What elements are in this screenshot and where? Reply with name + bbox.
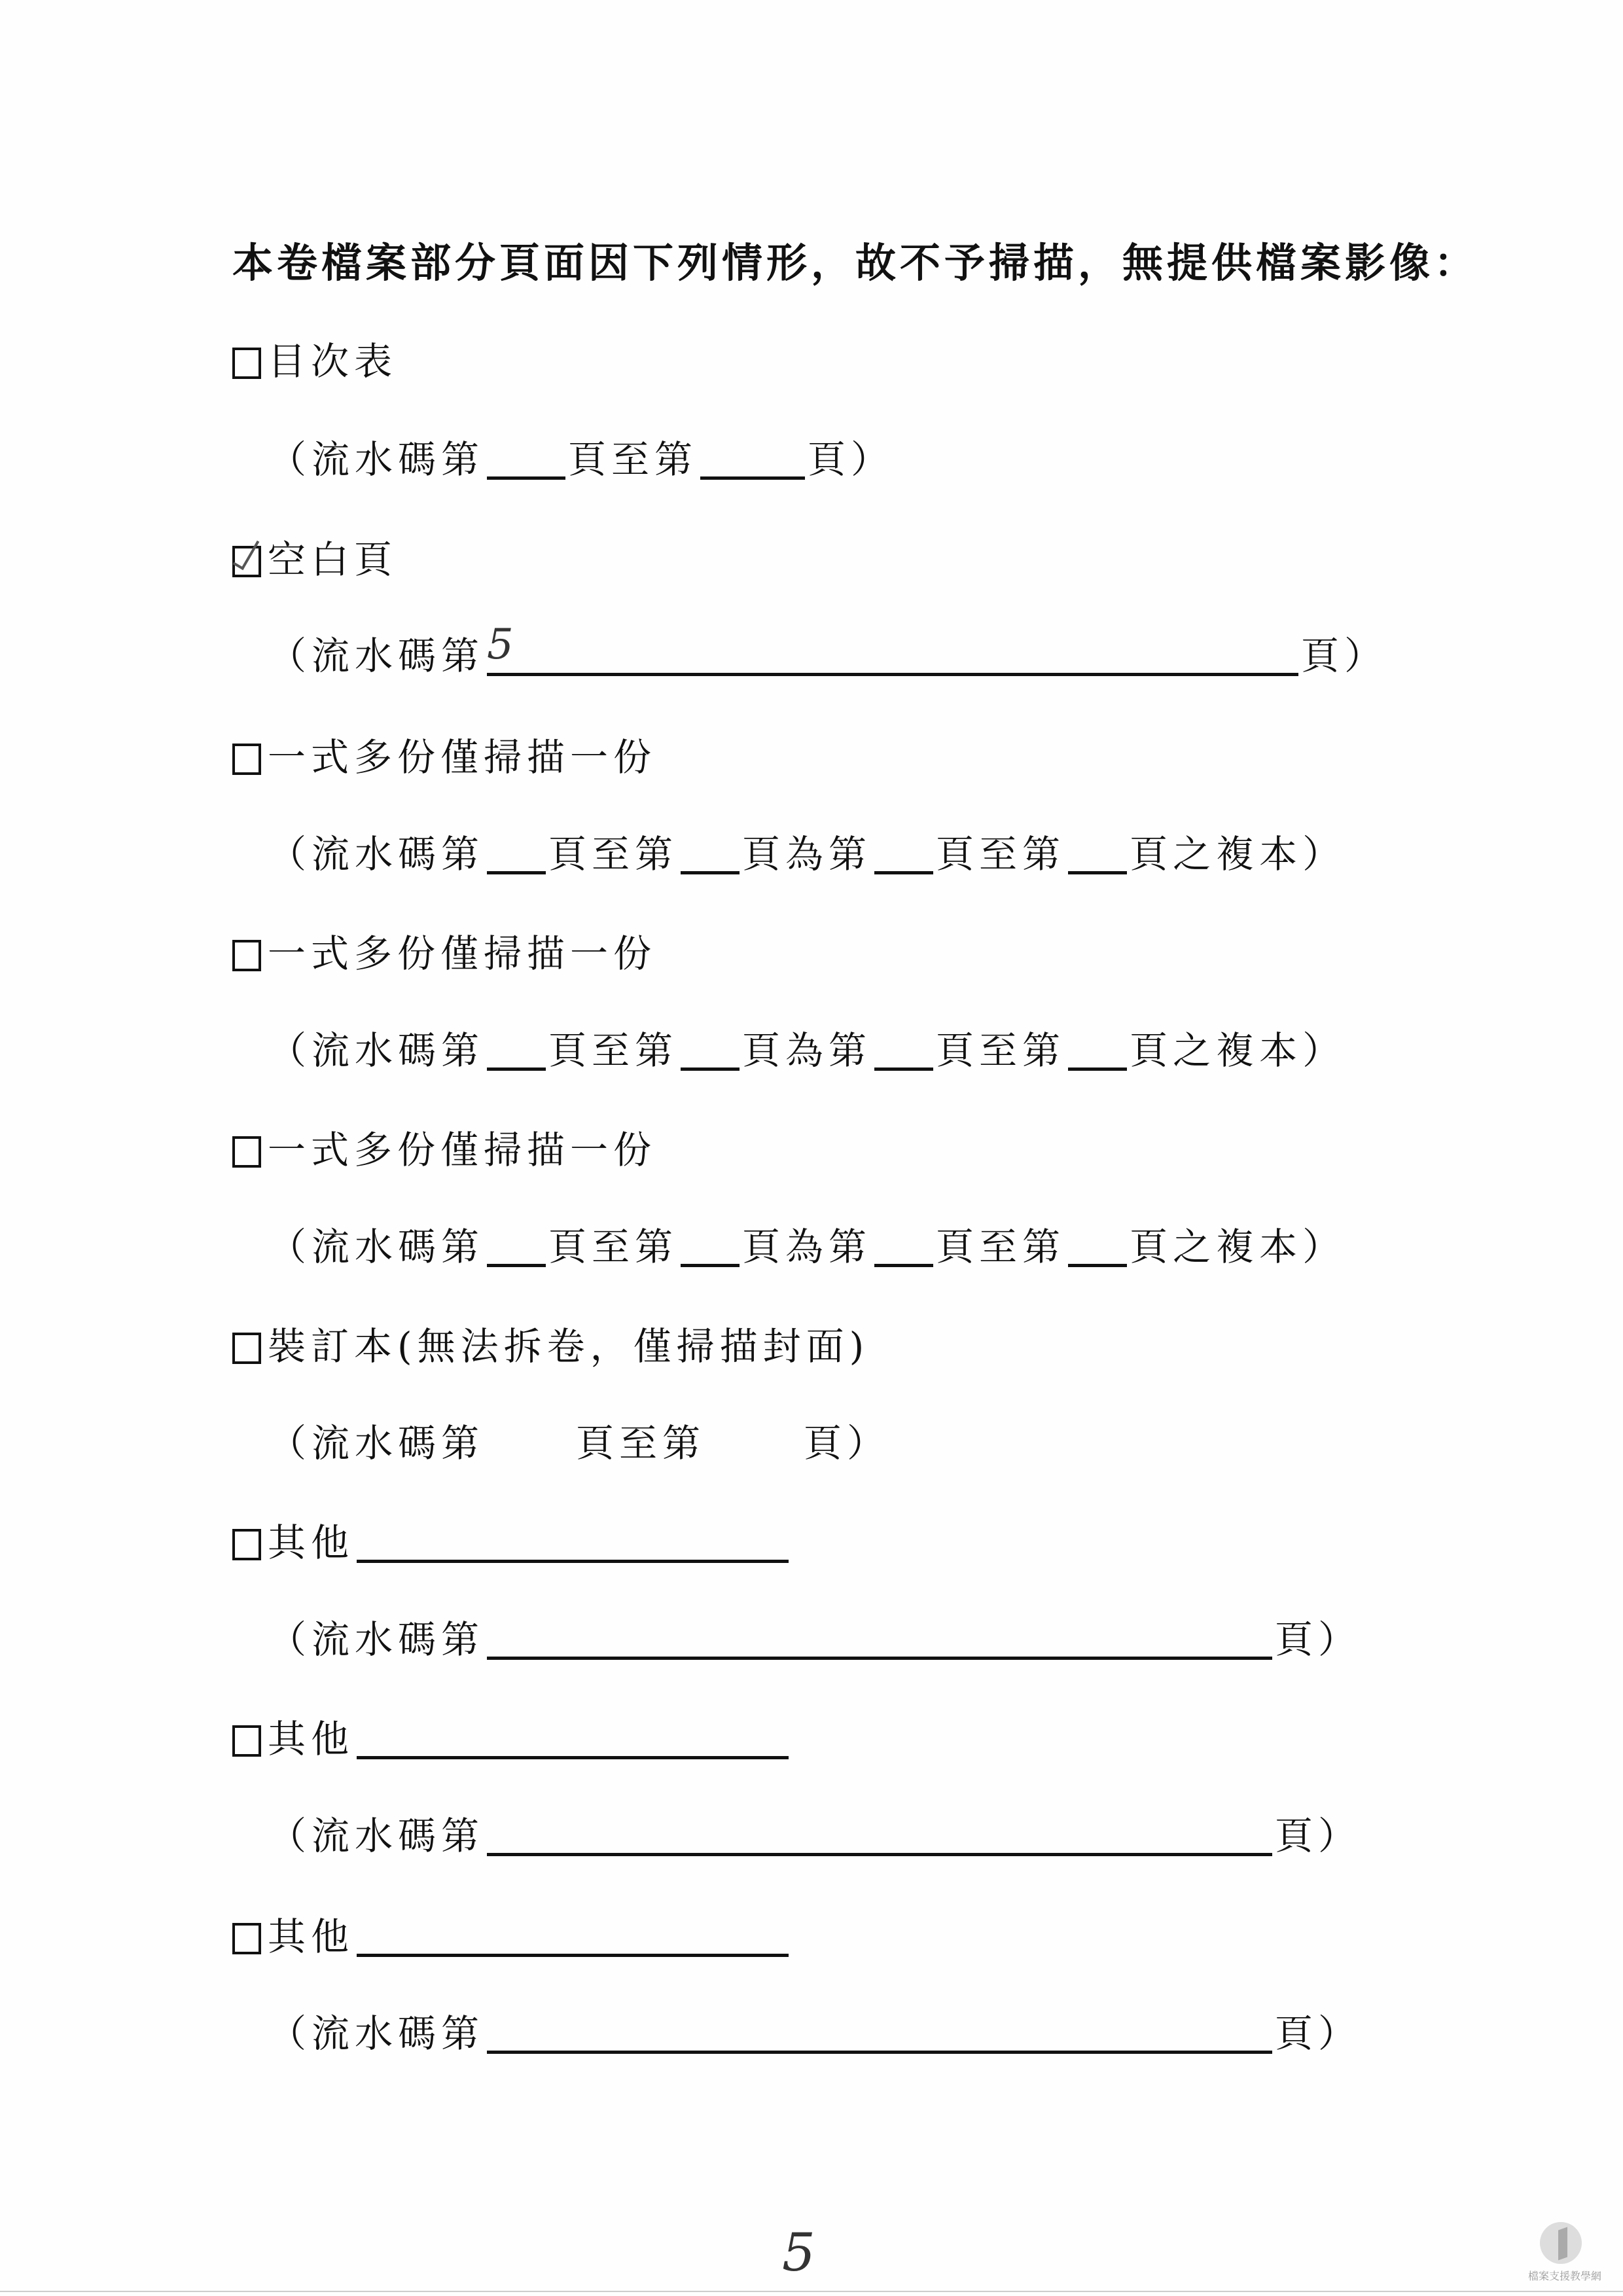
checkbox-unchecked-icon[interactable] [232, 348, 261, 379]
copy-range-row: （流水碼第 頁至第 頁為第 頁至第 頁之複本） [268, 1020, 1346, 1075]
option-other-1: 其他 [232, 1512, 791, 1567]
page-field[interactable] [487, 1846, 1272, 1856]
option-label: 目次表 [268, 331, 397, 386]
field-2[interactable] [681, 865, 740, 874]
field-3[interactable] [874, 865, 933, 874]
text-segment: 頁至第 [548, 1020, 678, 1075]
text-segment: 頁為第 [742, 1020, 872, 1075]
serial-row: （流水碼第 頁） [268, 1609, 1361, 1664]
copy-range-row: （流水碼第 頁至第 頁為第 頁至第 頁之複本） [268, 1216, 1346, 1271]
text-segment: 頁之複本） [1130, 1020, 1346, 1075]
field-1[interactable] [487, 1061, 546, 1071]
handwritten-page-value: 5 [487, 620, 519, 669]
field-1[interactable] [487, 1257, 546, 1267]
page-field[interactable] [487, 1650, 1272, 1660]
option-blank-page: 空白頁 [232, 529, 397, 584]
serial-prefix: （流水碼第 [268, 1412, 484, 1467]
serial-row: （流水碼第 5 頁） [268, 625, 1387, 680]
text-segment: 頁至第 [936, 823, 1065, 878]
text-segment: （流水碼第 [268, 1020, 484, 1075]
option-label: 其他 [268, 1906, 354, 1961]
text-segment: 頁至第 [548, 1216, 678, 1271]
field-1[interactable] [487, 865, 546, 874]
page-title: 本卷檔案部分頁面因下列情形，故不予掃描，無提供檔案影像： [232, 230, 1478, 289]
page-field[interactable]: 5 [487, 666, 1298, 676]
scan-edge-divider [0, 2291, 1623, 2292]
field-3[interactable] [874, 1257, 933, 1267]
option-table-of-contents: 目次表 [232, 331, 397, 386]
field-4[interactable] [1068, 865, 1127, 874]
serial-suffix: 頁） [808, 429, 894, 484]
serial-row: （流水碼第 頁） [268, 2003, 1361, 2058]
field-2[interactable] [681, 1061, 740, 1071]
field-4[interactable] [1068, 1257, 1127, 1267]
option-label: 一式多份僅掃描一份 [268, 726, 656, 781]
option-multiple-copies-1: 一式多份僅掃描一份 [232, 726, 656, 781]
text-segment: （流水碼第 [268, 823, 484, 878]
serial-prefix: （流水碼第 [268, 1805, 484, 1860]
option-other-2: 其他 [232, 1708, 791, 1763]
text-segment: （流水碼第 [268, 1216, 484, 1271]
option-label: 一式多份僅掃描一份 [268, 923, 656, 978]
copy-range-row: （流水碼第 頁至第 頁為第 頁至第 頁之複本） [268, 823, 1346, 878]
option-label: 其他 [268, 1512, 354, 1567]
serial-range-row: （流水碼第 頁至第 頁） [268, 429, 894, 484]
field-4[interactable] [1068, 1061, 1127, 1071]
handwritten-page-number: 5 [782, 2222, 815, 2283]
checkbox-unchecked-icon[interactable] [232, 1529, 261, 1560]
serial-suffix: 頁） [1275, 1805, 1361, 1860]
other-reason-field[interactable] [357, 1947, 789, 1957]
watermark-text: 檔案支援教學網 [1528, 2268, 1594, 2283]
option-label: 空白頁 [268, 529, 397, 584]
checkbox-unchecked-icon[interactable] [232, 940, 261, 971]
other-reason-field[interactable] [357, 1749, 789, 1759]
serial-suffix: 頁） [804, 1412, 890, 1467]
field-3[interactable] [874, 1061, 933, 1071]
text-segment: 頁至第 [936, 1216, 1065, 1271]
serial-prefix: （流水碼第 [268, 429, 484, 484]
serial-prefix: （流水碼第 [268, 625, 484, 680]
checkbox-unchecked-icon[interactable] [232, 1333, 261, 1364]
end-page-field[interactable] [700, 470, 805, 480]
serial-prefix: （流水碼第 [268, 1609, 484, 1664]
page-field[interactable] [487, 2044, 1272, 2054]
serial-mid: 頁至第 [576, 1412, 705, 1467]
serial-row: （流水碼第 頁） [268, 1805, 1361, 1860]
watermark: 檔案支援教學網 [1528, 2222, 1594, 2283]
checkbox-unchecked-icon[interactable] [232, 744, 261, 775]
text-segment: 頁為第 [742, 1216, 872, 1271]
text-segment: 頁之複本） [1130, 823, 1346, 878]
option-multiple-copies-3: 一式多份僅掃描一份 [232, 1119, 656, 1174]
checkbox-checked-icon[interactable] [232, 546, 261, 577]
serial-prefix: （流水碼第 [268, 2003, 484, 2058]
serial-range-row: （流水碼第 頁至第 頁） [268, 1412, 890, 1467]
option-label: 裝訂本(無法拆卷，僅掃描封面) [268, 1316, 869, 1371]
text-segment: 頁至第 [936, 1020, 1065, 1075]
serial-suffix: 頁） [1275, 1609, 1361, 1664]
checkbox-unchecked-icon[interactable] [232, 1923, 261, 1954]
option-bound-volume: 裝訂本(無法拆卷，僅掃描封面) [232, 1316, 869, 1371]
serial-suffix: 頁） [1301, 625, 1387, 680]
archive-logo-icon [1540, 2222, 1582, 2264]
option-label: 一式多份僅掃描一份 [268, 1119, 656, 1174]
option-other-3: 其他 [232, 1906, 791, 1961]
field-2[interactable] [681, 1257, 740, 1267]
text-segment: 頁為第 [742, 823, 872, 878]
other-reason-field[interactable] [357, 1553, 789, 1563]
checkbox-unchecked-icon[interactable] [232, 1725, 261, 1757]
option-multiple-copies-2: 一式多份僅掃描一份 [232, 923, 656, 978]
start-page-field[interactable] [487, 470, 565, 480]
serial-suffix: 頁） [1275, 2003, 1361, 2058]
text-segment: 頁之複本） [1130, 1216, 1346, 1271]
text-segment: 頁至第 [548, 823, 678, 878]
document-page: 本卷檔案部分頁面因下列情形，故不予掃描，無提供檔案影像： 目次表 （流水碼第 頁… [0, 0, 1623, 2296]
option-label: 其他 [268, 1708, 354, 1763]
serial-mid: 頁至第 [568, 429, 698, 484]
checkbox-unchecked-icon[interactable] [232, 1136, 261, 1168]
